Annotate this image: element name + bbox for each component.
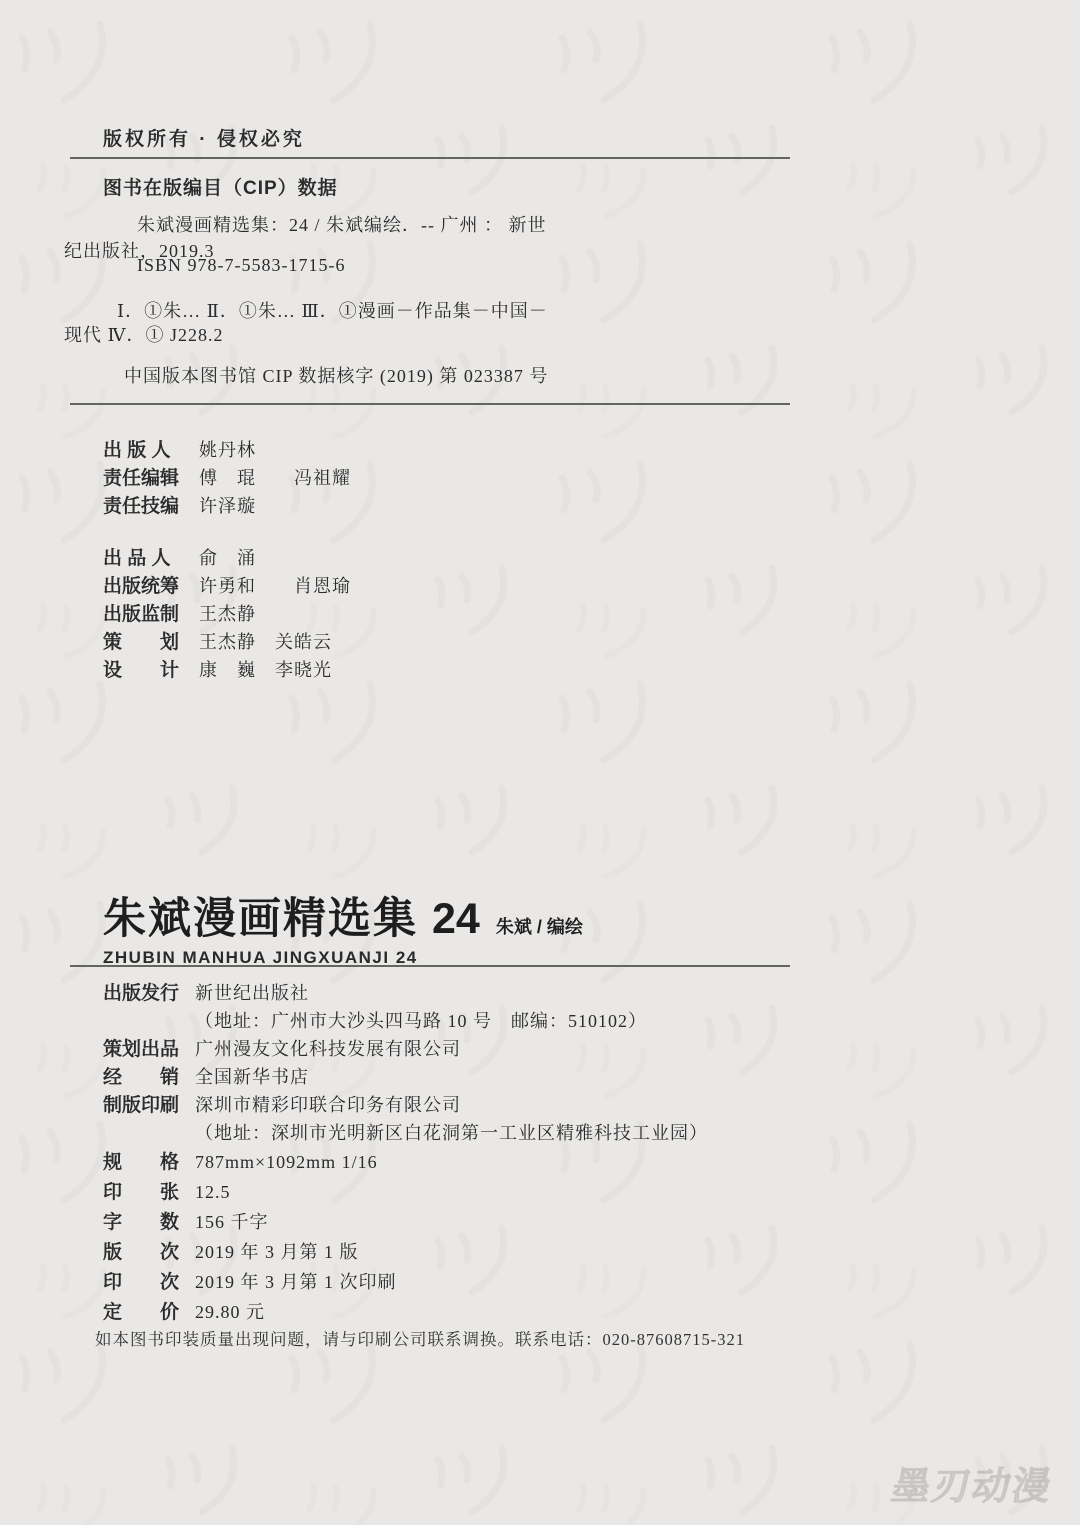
staff-names: 许泽璇 bbox=[199, 496, 256, 516]
staff-row: 出 品 人俞 涌 bbox=[103, 544, 351, 572]
divider-cip-bottom bbox=[70, 403, 790, 405]
publication-value: （地址：深圳市光明新区白花洞第一工业区精雅科技工业园） bbox=[195, 1123, 708, 1143]
cip-heading: 图书在版编目（CIP）数据 bbox=[103, 173, 338, 200]
publication-details: 出版发行新世纪出版社 （地址：广州市大沙头四马路 10 号 邮编：510102）… bbox=[103, 980, 708, 1328]
publisher-address: （地址：广州市大沙头四马路 10 号 邮编：510102） bbox=[103, 1008, 708, 1036]
publication-row: 经 销全国新华书店 bbox=[103, 1064, 708, 1092]
quality-service-note: 如本图书印装质量出现问题，请与印刷公司联系调换。联系电话：020-8760871… bbox=[95, 1326, 745, 1350]
publication-value: 787mm×1092mm 1/16 bbox=[195, 1152, 378, 1172]
staff-row: 策 划王杰静 关皓云 bbox=[103, 628, 351, 656]
printer-address: （地址：深圳市光明新区白花洞第一工业区精雅科技工业园） bbox=[103, 1120, 708, 1148]
publication-row: 出版发行新世纪出版社 bbox=[103, 980, 708, 1008]
publication-row: 策划出品广州漫友文化科技发展有限公司 bbox=[103, 1036, 708, 1064]
publication-value: 新世纪出版社 bbox=[195, 983, 309, 1003]
staff-names: 王杰静 bbox=[199, 604, 256, 624]
staff-row: 责任技编许泽璇 bbox=[103, 492, 351, 520]
author-byline: 朱斌 / 编绘 bbox=[496, 917, 583, 937]
staff-row: 出版统筹许勇和 肖恩瑜 bbox=[103, 572, 351, 600]
publication-value: 29.80 元 bbox=[195, 1302, 265, 1322]
publication-label: 经 销 bbox=[103, 1064, 195, 1091]
copyright-notice: 版权所有 · 侵权必究 bbox=[103, 124, 305, 151]
publication-value: 12.5 bbox=[195, 1182, 231, 1202]
publication-label: 出版发行 bbox=[103, 980, 195, 1007]
publication-label: 印 张 bbox=[103, 1178, 195, 1207]
publication-value: （地址：广州市大沙头四马路 10 号 邮编：510102） bbox=[195, 1011, 647, 1031]
cip-record-line: 朱斌漫画精选集：24 / 朱斌编绘．-- 广州 ： 新世 bbox=[137, 211, 547, 237]
divider-title-bottom bbox=[70, 965, 790, 967]
publication-label: 定 价 bbox=[103, 1298, 195, 1327]
publication-row: 规 格787mm×1092mm 1/16 bbox=[103, 1148, 708, 1178]
publication-row: 制版印刷深圳市精彩印联合印务有限公司 bbox=[103, 1092, 708, 1120]
staff-row: 出 版 人姚丹林 bbox=[103, 436, 351, 464]
publication-value: 广州漫友文化科技发展有限公司 bbox=[195, 1039, 461, 1059]
publication-label: 策划出品 bbox=[103, 1036, 195, 1063]
staff-role-label: 责任编辑 bbox=[103, 465, 199, 493]
book-title-block: 朱斌漫画精选集24朱斌 / 编绘 ZHUBIN MANHUA JINGXUANJ… bbox=[103, 885, 583, 968]
staff-role-label: 责任技编 bbox=[103, 493, 199, 521]
staff-role-label: 出 品 人 bbox=[103, 545, 199, 573]
staff-role-label: 设 计 bbox=[103, 657, 199, 685]
colophon-page: 版权所有 · 侵权必究 图书在版编目（CIP）数据 朱斌漫画精选集：24 / 朱… bbox=[0, 0, 1080, 1525]
publication-label: 制版印刷 bbox=[103, 1092, 195, 1119]
staff-row: 设 计康 巍 李晓光 bbox=[103, 656, 351, 684]
publication-label: 印 次 bbox=[103, 1268, 195, 1297]
book-volume-number: 24 bbox=[432, 895, 480, 943]
publication-label: 规 格 bbox=[103, 1148, 195, 1177]
book-title: 朱斌漫画精选集 bbox=[103, 895, 418, 943]
cip-classification-line: 现代 Ⅳ．① J228.2 bbox=[64, 321, 224, 347]
staff-role-label: 出 版 人 bbox=[103, 437, 199, 465]
staff-names: 康 巍 李晓光 bbox=[199, 660, 332, 680]
staff-credits: 出 版 人姚丹林 责任编辑傅 琨 冯祖耀 责任技编许泽璇 出 品 人俞 涌 出版… bbox=[103, 436, 351, 684]
divider-top bbox=[70, 157, 790, 159]
cip-isbn: ISBN 978-7-5583-1715-6 bbox=[137, 255, 346, 276]
staff-names: 俞 涌 bbox=[199, 548, 256, 568]
watermark-logo: 墨刃动漫 bbox=[888, 1455, 1058, 1510]
staff-role-label: 出版监制 bbox=[103, 601, 199, 629]
publication-row: 定 价29.80 元 bbox=[103, 1298, 708, 1328]
publication-row: 印 张12.5 bbox=[103, 1178, 708, 1208]
staff-role-label: 策 划 bbox=[103, 629, 199, 657]
publication-value: 156 千字 bbox=[195, 1212, 269, 1232]
publication-row: 版 次2019 年 3 月第 1 版 bbox=[103, 1238, 708, 1268]
publication-label: 版 次 bbox=[103, 1238, 195, 1267]
staff-names: 王杰静 关皓云 bbox=[199, 632, 332, 652]
publication-value: 2019 年 3 月第 1 次印刷 bbox=[195, 1272, 397, 1292]
staff-names: 姚丹林 bbox=[199, 440, 256, 460]
staff-role-label: 出版统筹 bbox=[103, 573, 199, 601]
cip-registration-number: 中国版本图书馆 CIP 数据核字 (2019) 第 023387 号 bbox=[124, 362, 548, 388]
publication-label: 字 数 bbox=[103, 1208, 195, 1237]
publication-value: 全国新华书店 bbox=[195, 1067, 309, 1087]
staff-names: 许勇和 肖恩瑜 bbox=[199, 576, 351, 596]
publication-value: 深圳市精彩印联合印务有限公司 bbox=[195, 1095, 461, 1115]
publication-row: 印 次2019 年 3 月第 1 次印刷 bbox=[103, 1268, 708, 1298]
staff-names: 傅 琨 冯祖耀 bbox=[199, 468, 351, 488]
staff-row: 责任编辑傅 琨 冯祖耀 bbox=[103, 464, 351, 492]
staff-row: 出版监制王杰静 bbox=[103, 600, 351, 628]
publication-value: 2019 年 3 月第 1 版 bbox=[195, 1242, 359, 1262]
publication-row: 字 数156 千字 bbox=[103, 1208, 708, 1238]
cip-classification-line: Ⅰ．①朱… Ⅱ．①朱… Ⅲ．①漫画－作品集－中国－ bbox=[117, 297, 548, 323]
